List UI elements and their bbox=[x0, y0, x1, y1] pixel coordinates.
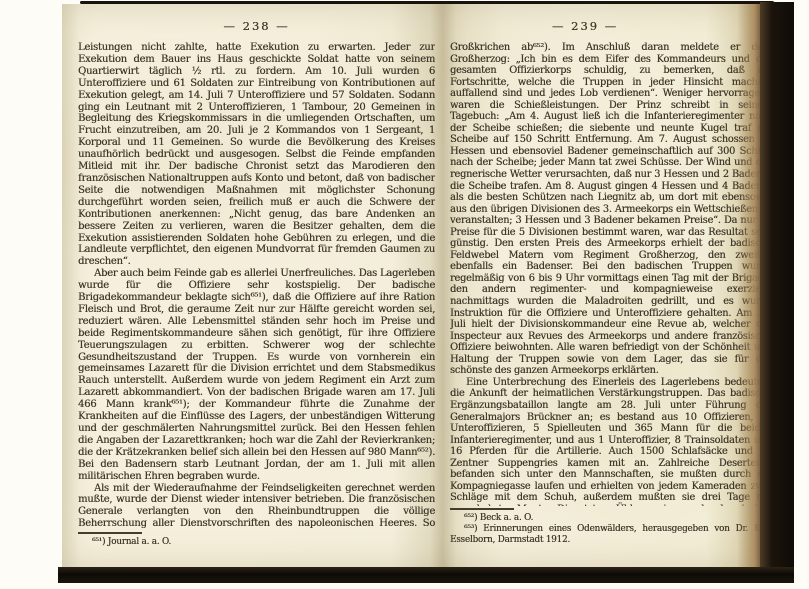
paragraph: Großkrichen ab⁶⁵²). Im Anschluß daran me… bbox=[450, 42, 772, 377]
book-edge-shadow-right bbox=[760, 2, 794, 580]
footnote: ⁶⁵¹) Journal a. a. O. bbox=[78, 537, 435, 548]
page-239-text-column: Großkrichen ab⁶⁵²). Im Anschluß daran me… bbox=[450, 42, 772, 506]
paragraph: Aber auch beim Feinde gab es allerlei Un… bbox=[78, 268, 435, 482]
footnote: ⁶⁵²) Beck a. a. O. bbox=[450, 513, 772, 524]
footnote: ⁶⁵³) Erinnerungen eines Odenwälders, her… bbox=[450, 524, 772, 546]
paragraph: Leistungen nicht zahlte, hatte Exekution… bbox=[78, 42, 435, 268]
page-edge-shading bbox=[737, 4, 762, 570]
page-number-right: — 239 — bbox=[440, 19, 730, 33]
page-number-left: — 238 — bbox=[78, 19, 435, 33]
footnote-rule-right bbox=[450, 508, 514, 510]
footnotes-left: ⁶⁵¹) Journal a. a. O. bbox=[78, 537, 435, 548]
paragraph: Eine Unterbrechung des Einerleis des Lag… bbox=[450, 377, 772, 506]
footnotes-right: ⁶⁵²) Beck a. a. O. ⁶⁵³) Erinnerungen ein… bbox=[450, 513, 772, 546]
book-edge-shadow-bottom bbox=[58, 567, 794, 583]
page-238-text-column: Leistungen nicht zahlte, hatte Exekution… bbox=[78, 42, 435, 530]
footnote-rule-left bbox=[78, 532, 142, 534]
paragraph: Als mit der Wiederaufnahme der Feindseli… bbox=[78, 483, 435, 530]
